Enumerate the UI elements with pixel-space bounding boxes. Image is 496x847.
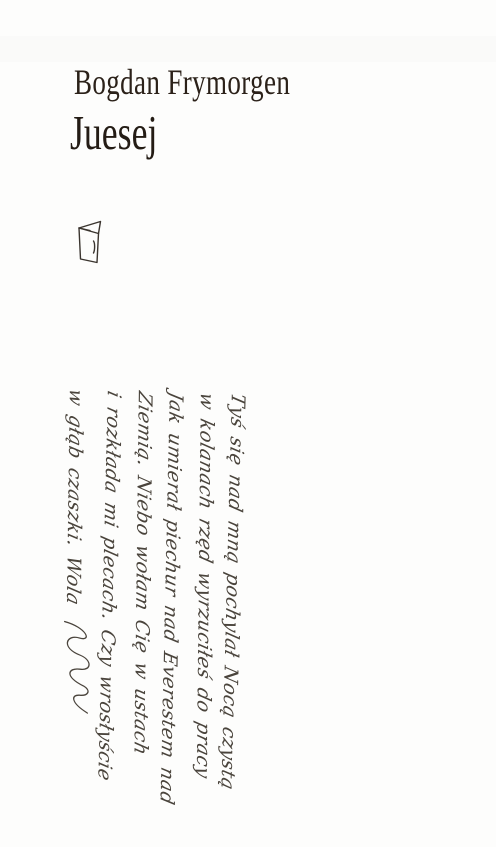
scan-artifact-band — [0, 36, 496, 62]
open-book-icon — [76, 218, 104, 265]
handwritten-poem: Tyś się nad mną pochylał Nocą czystą w k… — [59, 390, 253, 835]
book-title: Juesej — [70, 104, 157, 161]
author-name: Bogdan Frymorgen — [74, 61, 290, 103]
poem-line: w kolanach rzęd wyrzuciłeś do pracy — [186, 389, 222, 839]
poem-line: Ziemią. Niebo wołam Cię w ustach — [124, 388, 160, 838]
poem-line-last: w głąb czaszki. Wola — [61, 387, 98, 836]
book-cover: Bogdan Frymorgen Juesej Tyś się nad mną … — [0, 0, 496, 847]
publisher-logo — [76, 218, 104, 265]
signature-flourish-icon — [47, 615, 94, 717]
